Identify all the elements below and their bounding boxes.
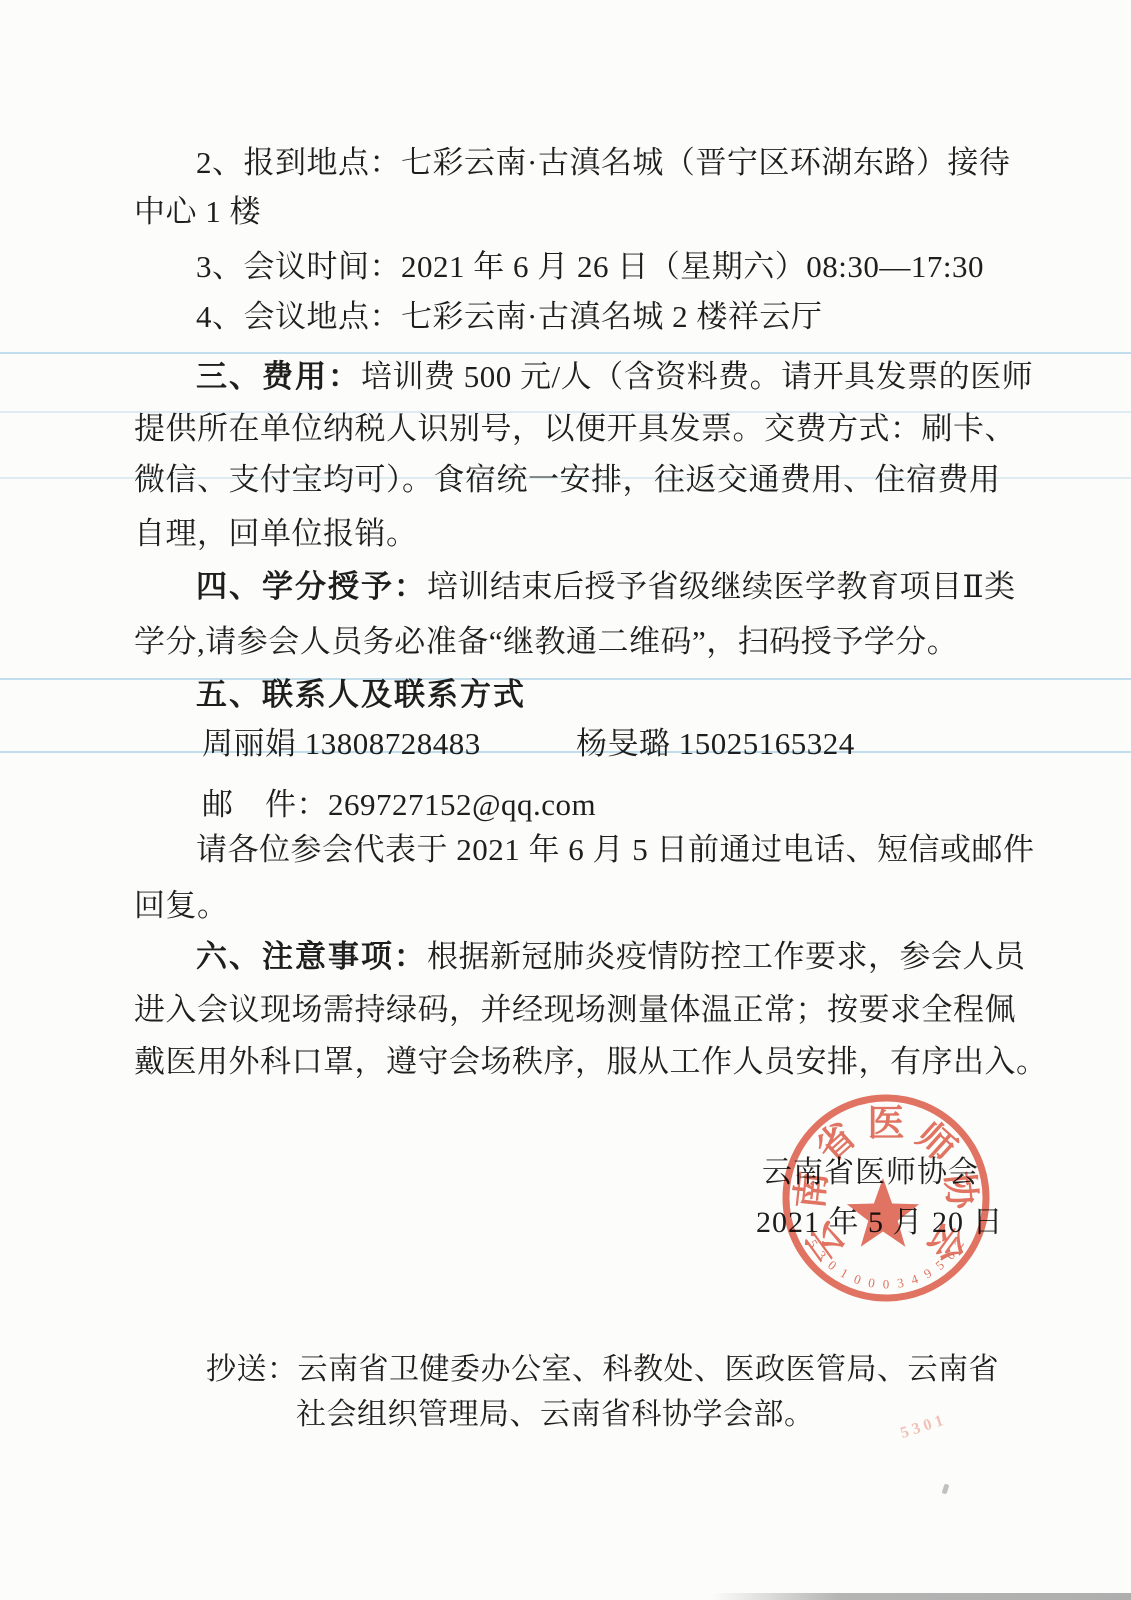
document-line: 学分,请参会人员务必准备“继教通二维码”，扫码授予学分。 [134,621,958,663]
seal-serial-digit: 4 [909,1271,921,1287]
document-line: 请各位参会代表于 2021 年 6 月 5 日前通过电话、短信或邮件 [196,829,1035,871]
seal-serial-digit: 9 [921,1265,934,1281]
star-icon [847,1178,919,1247]
contact-person-2: 杨旻璐 15025165324 [576,723,855,765]
section-heading: 五、联系人及联系方式 [196,677,526,712]
document-line: 4、会议地点：七彩云南·古滇名城 2 楼祥云厅 [196,296,822,338]
cc-line: 社会组织管理局、云南省科协学会部。 [296,1394,815,1436]
scan-line-artifact [0,751,1131,753]
document-line: 提供所在单位纳税人识别号，以便开具发票。交费方式：刷卡、 [134,408,1016,450]
document-line: 微信、支付宝均可）。食宿统一安排，往返交通费用、住宿费用 [134,459,1001,501]
ink-speck [942,1483,950,1494]
document-line: 自理，回单位报销。 [134,513,418,555]
document-line: 四、学分授予：培训结束后授予省级继续医学教育项目Ⅱ类 [196,566,1016,608]
document-line: 五、联系人及联系方式 [196,674,526,716]
scan-line-artifact [0,352,1131,354]
seal-ring-char: 医 [868,1104,905,1145]
document-line: 六、注意事项：根据新冠肺炎疫情防控工作要求，参会人员 [196,936,1026,978]
seal-serial-digit: 0 [867,1275,876,1291]
document-line: 回复。 [134,885,229,927]
section-heading: 四、学分授予： [196,569,427,604]
section-heading: 三、费用： [196,359,361,394]
scan-line-artifact [0,678,1131,680]
document-line: 三、费用：培训费 500 元/人（含资料费。请开具发票的医师 [196,356,1033,398]
stamp-smudge: 5301 [898,1411,949,1443]
official-seal: 云南省医师协会 5301000349562 [780,1092,992,1304]
document-page: 2、报到地点：七彩云南·古滇名城（晋宁区环湖东路）接待中心 1 楼3、会议时间：… [0,0,1131,1600]
seal-ring-char: 协 [937,1170,983,1213]
document-line: 邮 件：269727152@qq.com [202,784,596,826]
document-line: 中心 1 楼 [134,191,261,233]
seal-serial-digit: 1 [838,1265,851,1281]
document-line: 3、会议时间：2021 年 6 月 26 日（星期六）08:30—17:30 [196,246,984,288]
seal-ring-char: 南 [789,1170,835,1211]
contact-line: 周丽娟 13808728483杨旻璐 15025165324 [202,723,481,765]
seal-serial-digit: 3 [896,1275,905,1291]
document-line: 戴医用外科口罩，遵守会场秩序，服从工作人员安排，有序出入。 [134,1041,1048,1083]
section-heading: 六、注意事项： [196,939,427,974]
cc-line: 抄送：云南省卫健委办公室、科教处、医政医管局、云南省 [206,1349,999,1391]
contact-person-1: 周丽娟 13808728483 [202,726,481,761]
scan-edge-shadow [712,1593,1131,1600]
document-line: 进入会议现场需持绿码，并经现场测量体温正常；按要求全程佩 [134,989,1016,1031]
seal-serial-digit: 0 [852,1271,863,1287]
document-line: 2、报到地点：七彩云南·古滇名城（晋宁区环湖东路）接待 [196,142,1010,184]
seal-serial-digit: 0 [883,1277,890,1292]
